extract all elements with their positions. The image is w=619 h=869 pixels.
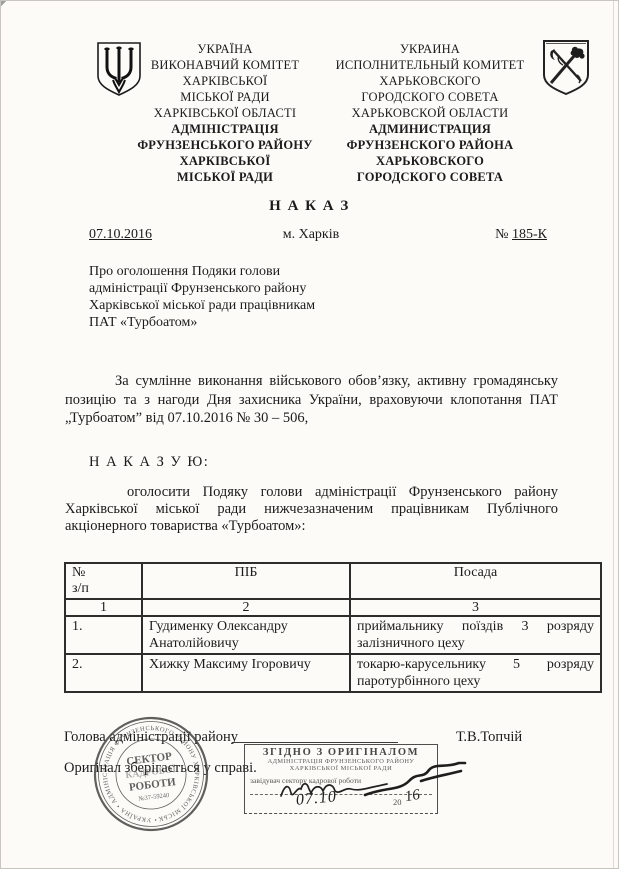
row-number-cell: 2.	[65, 654, 142, 692]
order-number: № 185-К	[495, 227, 547, 243]
row-position-cell: приймальнику поїздів 3 розряду залізничн…	[350, 616, 601, 654]
letterhead-ukrainian: УКРАЇНА ВИКОНАВЧИЙ КОМІТЕТ ХАРКІВСЬКОЇ М…	[137, 41, 313, 185]
awardees-table: № з/п ПІБ Посада 1 2 3 1. Гудименку Олек…	[64, 562, 602, 693]
order-number-value: 185-К	[512, 227, 547, 242]
column-number: 3	[350, 599, 601, 616]
letterhead-line: АДМИНИСТРАЦИЯ	[317, 121, 543, 137]
letterhead-line: АДМІНІСТРАЦІЯ	[137, 121, 313, 137]
letterhead-line: ХАРЬКОВСКОЙ ОБЛАСТИ	[317, 105, 543, 121]
order-number-label: №	[495, 227, 508, 242]
letterhead-line: ФРУНЗЕНСЬКОГО РАЙОНУ	[137, 137, 313, 153]
row-name-cell: Гудименку Олександру Анатолійовичу	[142, 616, 350, 654]
scanned-order-document: УКРАЇНА ВИКОНАВЧИЙ КОМІТЕТ ХАРКІВСЬКОЇ М…	[0, 0, 619, 869]
letterhead-line: ФРУНЗЕНСКОГО РАЙОНА	[317, 137, 543, 153]
letterhead-line: ХАРКІВСЬКОЇ	[137, 73, 313, 89]
handwritten-date: 07.10	[295, 788, 337, 810]
column-number: 2	[142, 599, 350, 616]
round-stamp-code: №37-59240	[138, 792, 170, 803]
order-meta-row: 07.10.2016 м. Харків № 185-К	[64, 227, 558, 245]
table-row: 1. Гудименку Олександру Анатолійовичу пр…	[65, 616, 601, 654]
letterhead-line: ВИКОНАВЧИЙ КОМІТЕТ	[137, 57, 313, 73]
table-row: 2. Хижку Максиму Ігоровичу токарю-карусе…	[65, 654, 601, 692]
column-number: 1	[65, 599, 142, 616]
header-cell-number: № з/п	[65, 563, 142, 599]
order-place: м. Харків	[64, 227, 558, 243]
letterhead-line: УКРАИНА	[317, 41, 543, 57]
letterhead-line: МІСЬКОЇ РАДИ	[137, 89, 313, 105]
stamp-title: ЗГІДНО З ОРИГІНАЛОМ	[245, 747, 437, 758]
letterhead-russian: УКРАИНА ИСПОЛНИТЕЛЬНЫЙ КОМИТЕТ ХАРЬКОВСК…	[317, 41, 543, 185]
letterhead-line: ХАРКІВСЬКОЇ ОБЛАСТІ	[137, 105, 313, 121]
row-number-cell: 1.	[65, 616, 142, 654]
order-title: Н А К А З	[1, 198, 618, 215]
scan-edge-artifact	[613, 1, 614, 868]
letterhead-line: ГОРОДСКОГО СОВЕТА	[317, 169, 543, 185]
row-name-cell: Хижку Максиму Ігоровичу	[142, 654, 350, 692]
decree-text: оголосити Подяку голови адміністрації Фр…	[65, 484, 558, 535]
round-seal-stamp: • УКРАЇНА • АДМІНІСТРАЦІЯ ФРУНЗЕНСЬКОГО …	[84, 707, 218, 841]
letterhead-line: ГОРОДСКОГО СОВЕТА	[317, 89, 543, 105]
letterhead-line: ХАРКІВСЬКОЇ	[137, 153, 313, 169]
handwritten-year: 16	[404, 787, 422, 806]
decree-word: Н А К А З У Ю:	[89, 454, 209, 471]
signature-line	[232, 742, 398, 743]
table-header-row: № з/п ПІБ Посада	[65, 563, 601, 599]
kharkiv-city-arms-icon	[537, 37, 595, 98]
order-subject: Про оголошення Подяки голови адміністрац…	[89, 263, 343, 331]
scan-corner-artifact	[1, 1, 10, 10]
letterhead-line: ХАРЬКОВСКОГО	[317, 153, 543, 169]
letterhead-line: УКРАЇНА	[137, 41, 313, 57]
header-cell-position: Посада	[350, 563, 601, 599]
letterhead-line: ХАРЬКОВСКОГО	[317, 73, 543, 89]
order-preamble: За сумлінне виконання військового обов’я…	[65, 372, 558, 428]
header-cell-name: ПІБ	[142, 563, 350, 599]
signer-name: Т.В.Топчій	[456, 729, 522, 746]
column-numbering-row: 1 2 3	[65, 599, 601, 616]
letterhead-line: ИСПОЛНИТЕЛЬНЫЙ КОМИТЕТ	[317, 57, 543, 73]
row-position-cell: токарю-карусельнику 5 розряду паротурбін…	[350, 654, 601, 692]
letterhead-line: МІСЬКОЇ РАДИ	[137, 169, 313, 185]
